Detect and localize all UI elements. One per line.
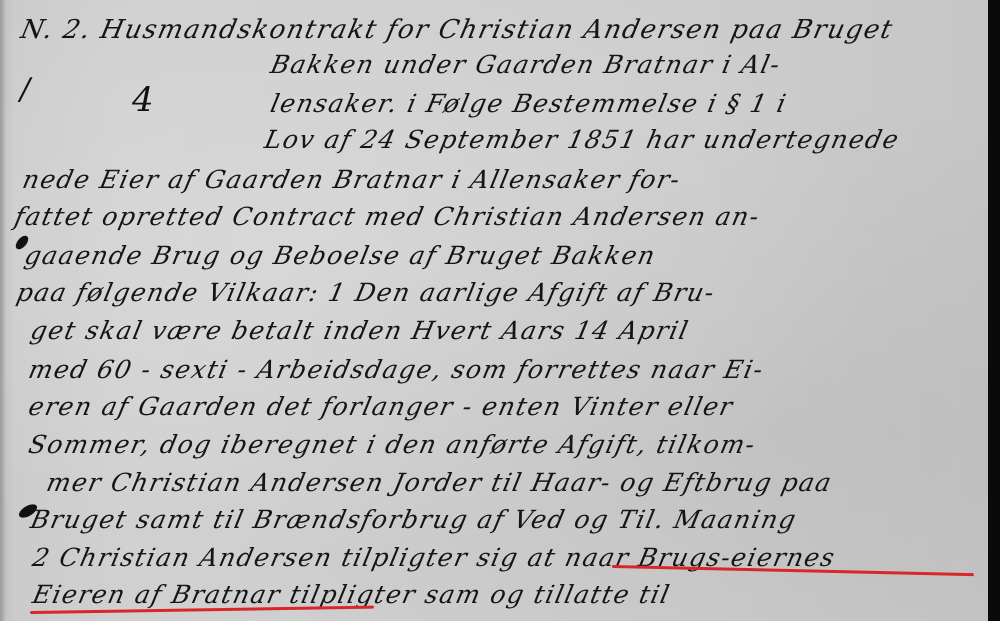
margin-mark-slash: / xyxy=(20,72,30,107)
scan-black-edge xyxy=(988,0,1000,621)
handwritten-line-2: Bakken under Gaarden Bratnar i Al- xyxy=(268,50,784,79)
margin-mark-number: 4 xyxy=(132,80,154,120)
handwritten-line-11: eren af Gaarden det forlanger - enten Vi… xyxy=(26,392,736,421)
handwritten-line-13: mer Christian Andersen Jorder til Haar- … xyxy=(44,468,835,497)
page-left-shadow xyxy=(0,0,6,621)
handwritten-line-10: med 60 - sexti - Arbeidsdage, som forret… xyxy=(26,355,767,384)
handwritten-line-14: Bruget samt til Brændsforbrug af Ved og … xyxy=(28,505,800,534)
scanned-document-page: / 4 N. 2. Husmandskontrakt for Christian… xyxy=(0,0,1000,621)
handwritten-line-9: get skal være betalt inden Hvert Aars 14… xyxy=(28,316,692,345)
handwritten-line-3: lensaker. i Følge Bestemmelse i § 1 i xyxy=(268,89,790,118)
handwritten-line-16: Eieren af Bratnar tilpligter sam og till… xyxy=(30,580,673,609)
handwritten-line-4: Lov af 24 September 1851 har undertegned… xyxy=(262,125,902,154)
handwritten-line-5: nede Eier af Gaarden Bratnar i Allensake… xyxy=(20,165,684,194)
handwritten-line-6: fattet opretted Contract med Christian A… xyxy=(12,202,763,231)
handwritten-line-7: gaaende Brug og Beboelse af Bruget Bakke… xyxy=(22,241,659,270)
handwritten-line-8: paa følgende Vilkaar: 1 Den aarlige Afgi… xyxy=(14,278,718,307)
handwritten-line-1: N. 2. Husmandskontrakt for Christian And… xyxy=(18,15,896,45)
handwritten-line-12: Sommer, dog iberegnet i den anførte Afgi… xyxy=(26,430,759,459)
